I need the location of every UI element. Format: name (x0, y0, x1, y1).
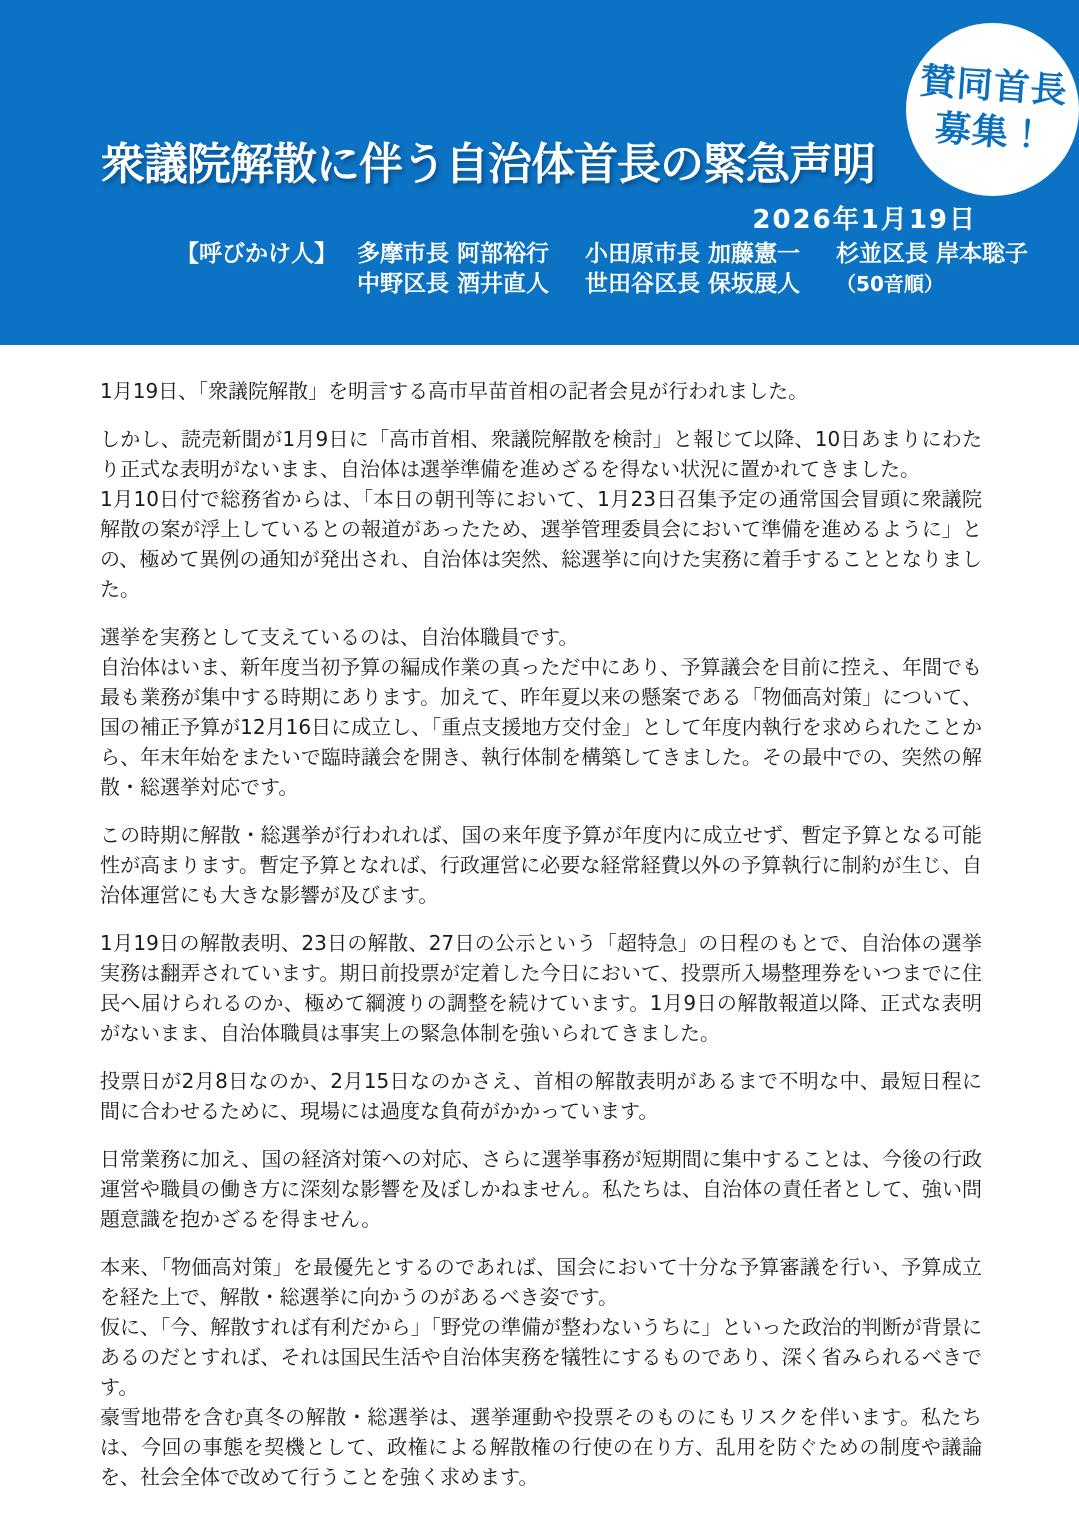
text-block: 本来、「物価高対策」を最優先とするのであれば、国会において十分な予算審議を行い、… (100, 1252, 982, 1492)
callers-label: 【呼びかけ人】 (176, 239, 337, 299)
callers-section: 【呼びかけ人】 多摩市長 阿部裕行小田原市長 加藤憲一杉並区長 岸本聡子 中野区… (176, 239, 1028, 299)
recruitment-badge-text: 賛同首長 募集！ (915, 58, 1069, 160)
recruitment-badge: 賛同首長 募集！ (906, 23, 1079, 196)
header-band: 衆議院解散に伴う自治体首長の緊急声明 賛同首長 募集！ 2026年1月19日 【… (0, 0, 1079, 345)
caller-group: 多摩市長 阿部裕行 (357, 239, 549, 269)
statement-page: 衆議院解散に伴う自治体首長の緊急声明 賛同首長 募集！ 2026年1月19日 【… (0, 0, 1079, 1517)
body-paragraph: 1月10日付で総務省からは、「本日の朝刊等において、1月23日召集予定の通常国会… (100, 484, 982, 604)
caller-group: 中野区長 酒井直人 (357, 269, 549, 299)
body-paragraph: 選挙を実務として支えているのは、自治体職員です。 (100, 622, 982, 652)
body-paragraph: 1月19日、「衆議院解散」を明言する高市早苗首相の記者会見が行われました。 (100, 376, 982, 406)
badge-line2: 募集！ (934, 108, 1048, 157)
callers-note: （50音順） (836, 269, 944, 299)
text-block: 日常業務に加え、国の経済対策への対応、さらに選挙事務が短期間に集中することは、今… (100, 1144, 982, 1234)
text-block: しかし、読売新聞が1月9日に「高市首相、衆議院解散を検討」と報じて以降、10日あ… (100, 424, 982, 604)
text-block: 1月19日の解散表明、23日の解散、27日の公示という「超特急」の日程のもとで、… (100, 928, 982, 1048)
body-paragraph: 本来、「物価高対策」を最優先とするのであれば、国会において十分な予算審議を行い、… (100, 1252, 982, 1312)
body-paragraph: この時期に解散・総選挙が行われれば、国の来年度予算が年度内に成立せず、暫定予算と… (100, 820, 982, 910)
body-paragraph: しかし、読売新聞が1月9日に「高市首相、衆議院解散を検討」と報じて以降、10日あ… (100, 424, 982, 484)
statement-date: 2026年1月19日 (752, 199, 977, 236)
text-block: 選挙を実務として支えているのは、自治体職員です。自治体はいま、新年度当初予算の編… (100, 622, 982, 802)
callers-row1: 多摩市長 阿部裕行小田原市長 加藤憲一杉並区長 岸本聡子 (357, 239, 1028, 269)
body-paragraph: 日常業務に加え、国の経済対策への対応、さらに選挙事務が短期間に集中することは、今… (100, 1144, 982, 1234)
text-block: 投票日が2月8日なのか、2月15日なのかさえ、首相の解散表明があるまで不明な中、… (100, 1066, 982, 1126)
callers-rows: 多摩市長 阿部裕行小田原市長 加藤憲一杉並区長 岸本聡子 中野区長 酒井直人世田… (357, 239, 1028, 299)
text-block: 1月19日、「衆議院解散」を明言する高市早苗首相の記者会見が行われました。 (100, 376, 982, 406)
statement-body: 1月19日、「衆議院解散」を明言する高市早苗首相の記者会見が行われました。しかし… (100, 376, 982, 1510)
text-block: この時期に解散・総選挙が行われれば、国の来年度予算が年度内に成立せず、暫定予算と… (100, 820, 982, 910)
badge-line1: 賛同首長 (919, 60, 1070, 111)
caller-group: 小田原市長 加藤憲一 (585, 239, 800, 269)
caller-group: 世田谷区長 保坂展人 (585, 269, 800, 299)
caller-group: 杉並区長 岸本聡子 (836, 239, 1028, 269)
body-paragraph: 投票日が2月8日なのか、2月15日なのかさえ、首相の解散表明があるまで不明な中、… (100, 1066, 982, 1126)
body-paragraph: 仮に、「今、解散すれば有利だから」「野党の準備が整わないうちに」といった政治的判… (100, 1312, 982, 1402)
body-paragraph: 豪雪地帯を含む真冬の解散・総選挙は、選挙運動や投票そのものにもリスクを伴います。… (100, 1402, 982, 1492)
body-paragraph: 1月19日の解散表明、23日の解散、27日の公示という「超特急」の日程のもとで、… (100, 928, 982, 1048)
callers-row2: 中野区長 酒井直人世田谷区長 保坂展人 （50音順） (357, 269, 1028, 299)
page-title: 衆議院解散に伴う自治体首長の緊急声明 (101, 128, 875, 192)
body-paragraph: 自治体はいま、新年度当初予算の編成作業の真っただ中にあり、予算議会を目前に控え、… (100, 652, 982, 802)
